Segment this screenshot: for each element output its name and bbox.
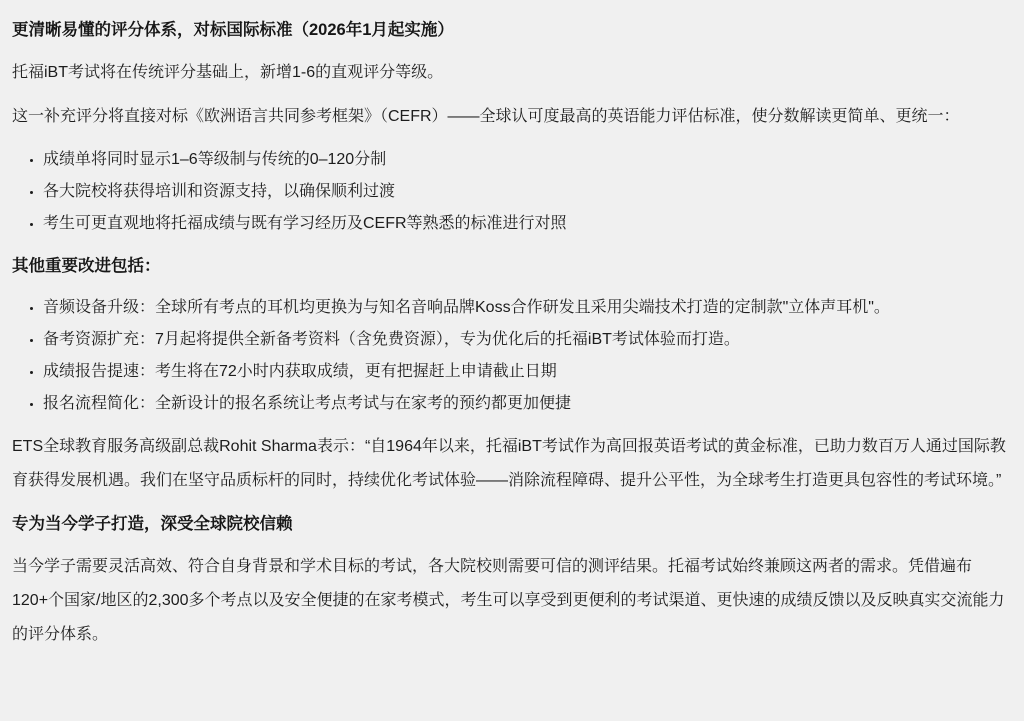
paragraph-new-band-scale: 托福iBT考试将在传统评分基础上，新增1-6的直观评分等级。 (12, 56, 1010, 90)
bullet-item-score-comparison: 考生可更直观地将托福成绩与既有学习经历及CEFR等熟悉的标准进行对照 (43, 208, 1010, 240)
bullet-list-scoring: 成绩单将同时显示1–6等级制与传统的0–120分制 各大院校将获得培训和资源支持… (12, 144, 1010, 240)
bullet-item-faster-results: 成绩报告提速：考生将在72小时内获取成绩，更有把握赶上申请截止日期 (43, 356, 1010, 388)
paragraph-cefr-alignment: 这一补充评分将直接对标《欧洲语言共同参考框架》（CEFR）——全球认可度最高的英… (12, 100, 1010, 134)
page-background: { "page": { "background_color": "#f0f0f0… (0, 0, 1024, 721)
paragraph-ets-quote: ETS全球教育服务高级副总裁Rohit Sharma表示：“自1964年以来，托… (12, 430, 1010, 498)
bullet-item-simplified-registration: 报名流程简化：全新设计的报名系统让考点考试与在家考的预约都更加便捷 (43, 388, 1010, 420)
bullet-item-score-report: 成绩单将同时显示1–6等级制与传统的0–120分制 (43, 144, 1010, 176)
section-heading-trusted-by-institutions: 专为当今学子打造，深受全球院校信赖 (12, 508, 1010, 540)
article-content: 更清晰易懂的评分体系，对标国际标准（2026年1月起实施） 托福iBT考试将在传… (0, 0, 1024, 672)
paragraph-student-needs: 当今学子需要灵活高效、符合自身背景和学术目标的考试，各大院校则需要可信的测评结果… (12, 550, 1010, 652)
bullet-item-institution-support: 各大院校将获得培训和资源支持，以确保顺利过渡 (43, 176, 1010, 208)
bullet-list-improvements: 音频设备升级：全球所有考点的耳机均更换为与知名音响品牌Koss合作研发且采用尖端… (12, 292, 1010, 420)
bullet-item-audio-upgrade: 音频设备升级：全球所有考点的耳机均更换为与知名音响品牌Koss合作研发且采用尖端… (43, 292, 1010, 324)
bullet-item-prep-resources: 备考资源扩充：7月起将提供全新备考资料（含免费资源），专为优化后的托福iBT考试… (43, 324, 1010, 356)
section-heading-scoring-system: 更清晰易懂的评分体系，对标国际标准（2026年1月起实施） (12, 14, 1010, 46)
section-heading-other-improvements: 其他重要改进包括： (12, 250, 1010, 282)
